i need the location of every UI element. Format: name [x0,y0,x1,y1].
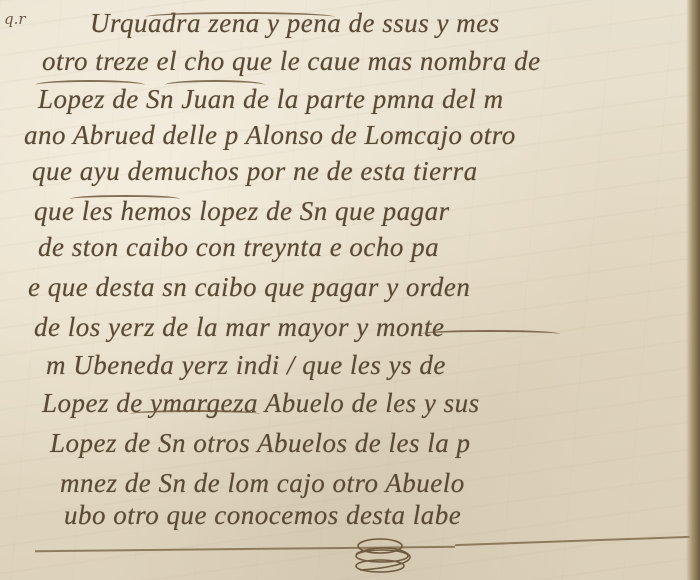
manuscript-line: mnez de Sn de lom cajo otro Abuelo [60,468,465,499]
signature-rubric-icon [350,532,430,580]
manuscript-line: de los yerz de la mar mayor y monte [34,312,444,343]
manuscript-line: ano Abrued delle p Alonso de Lomcajo otr… [24,120,516,151]
manuscript-page: q.r Urquadra zena y pena de ssus y mes o… [0,0,700,580]
abbreviation-stroke [145,12,335,22]
abbreviation-stroke [420,330,560,338]
closing-rule-line [455,536,690,546]
page-binding-edge [686,0,700,580]
manuscript-line: otro treze el cho que le caue mas nombra… [42,46,541,77]
manuscript-line: m Ubeneda yerz indi / que les ys de [46,350,446,381]
manuscript-line: Lopez de ymargeza Abuelo de les y sus [42,388,480,419]
abbreviation-stroke [70,195,180,203]
manuscript-line: Lopez de Sn otros Abuelos de les la p [50,428,470,459]
manuscript-line: e que desta sn caibo que pagar y orden [28,272,470,303]
manuscript-line: de ston caibo con treynta e ocho pa [38,232,439,263]
margin-note: q.r [4,10,26,28]
manuscript-line: ubo otro que conocemos desta labe [64,500,461,531]
abbreviation-stroke [165,80,265,90]
manuscript-line: que ayu demuchos por ne de esta tierra [32,156,478,187]
abbreviation-stroke [35,80,145,90]
abbreviation-stroke [130,410,260,418]
